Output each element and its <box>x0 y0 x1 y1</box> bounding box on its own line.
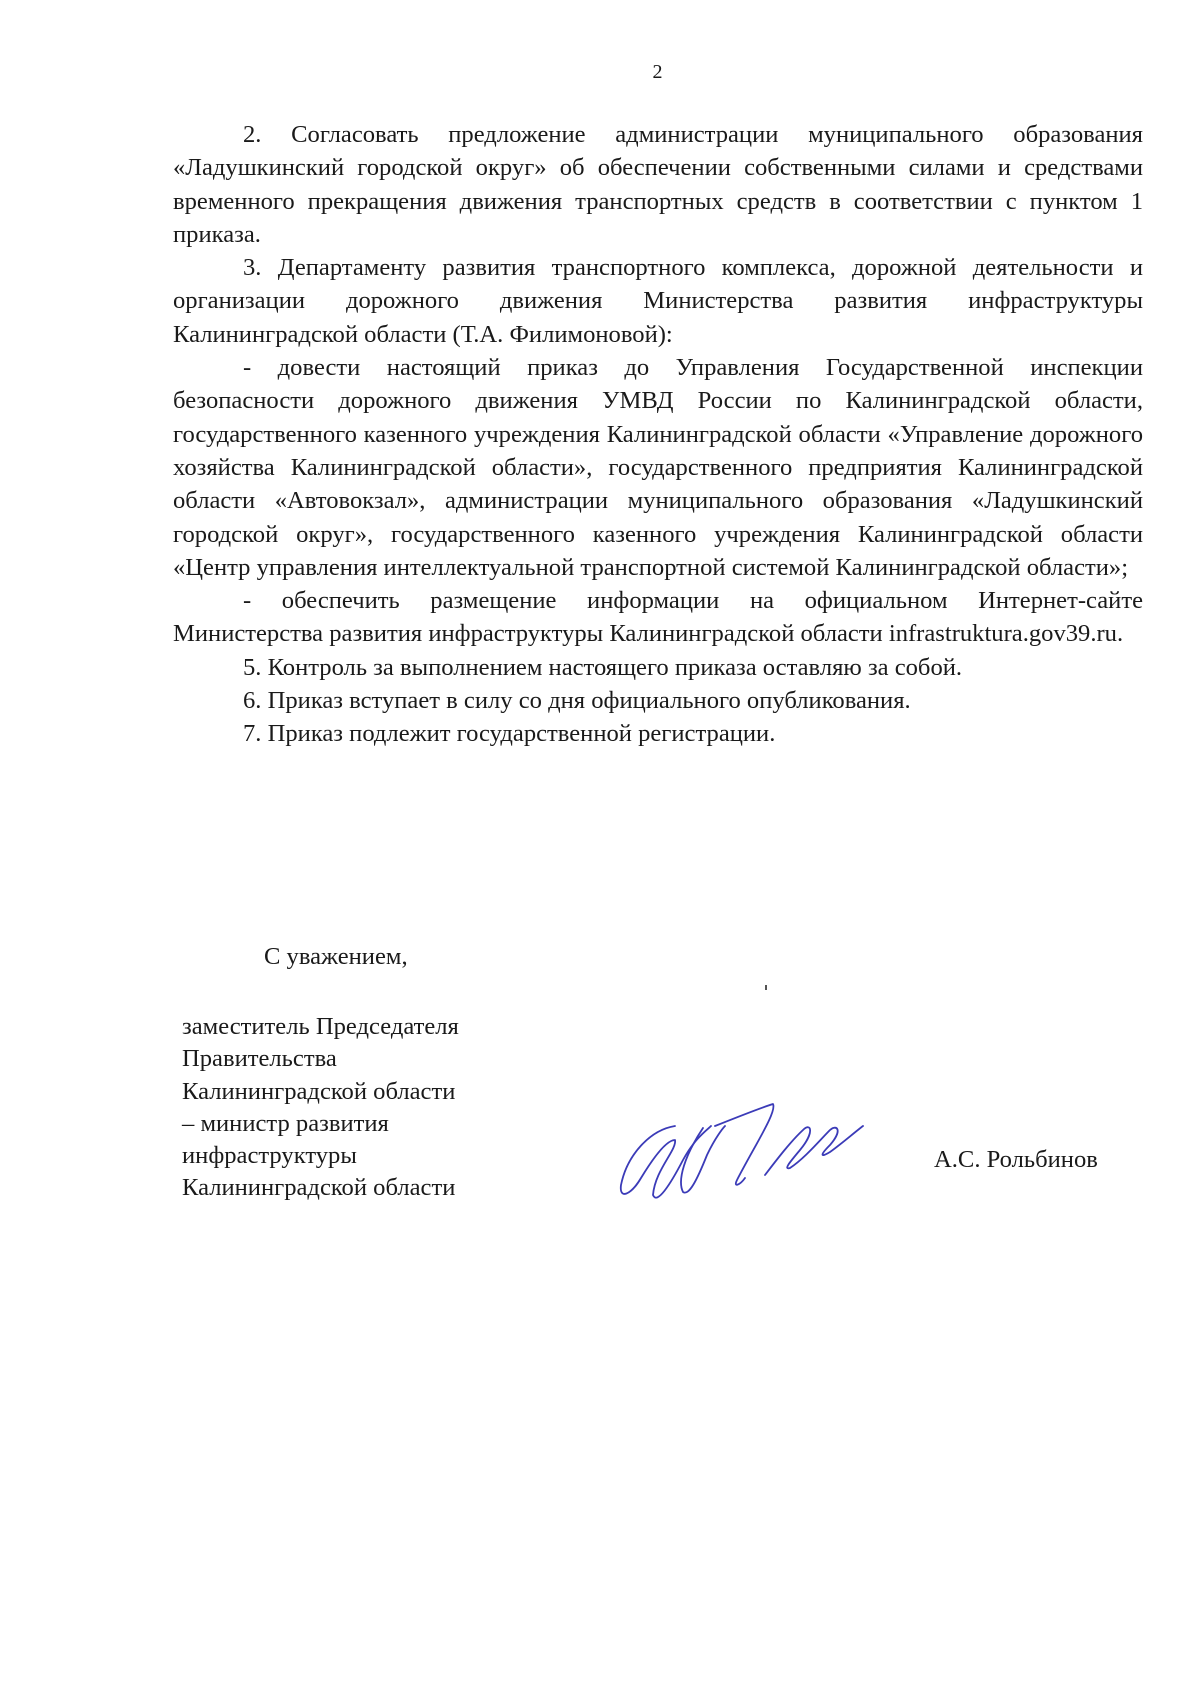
document-body: 2. Согласовать предложение администрации… <box>173 118 1143 751</box>
paragraph-item-3-bullet-2: - обеспечить размещение информации на оф… <box>173 584 1143 651</box>
paragraph-item-7: 7. Приказ подлежит государственной регис… <box>173 717 1143 750</box>
paragraph-item-3-bullet-1: - довести настоящий приказ до Управления… <box>173 351 1143 584</box>
signatory-position-line: Правительства <box>182 1043 459 1075</box>
paragraph-item-2: 2. Согласовать предложение администрации… <box>173 118 1143 251</box>
signatory-name: А.С. Рольбинов <box>934 1143 1098 1176</box>
paragraph-item-3: 3. Департаменту развития транспортного к… <box>173 251 1143 351</box>
signatory-position-line: заместитель Председателя <box>182 1011 459 1043</box>
paragraph-item-6: 6. Приказ вступает в силу со дня официал… <box>173 684 1143 717</box>
signatory-position-line: Калининградской области <box>182 1076 459 1108</box>
signatory-position-line: инфраструктуры <box>182 1140 459 1172</box>
handwritten-signature-icon <box>615 1100 875 1220</box>
paragraph-item-5: 5. Контроль за выполнением настоящего пр… <box>173 651 1143 684</box>
signatory-position-line: – министр развития <box>182 1108 459 1140</box>
closing-salutation: С уважением, <box>264 940 408 973</box>
signatory-position: заместитель Председателя Правительства К… <box>182 1011 459 1205</box>
page-number: 2 <box>0 60 1200 84</box>
signatory-position-line: Калининградской области <box>182 1172 459 1204</box>
scan-artifact <box>765 985 767 990</box>
